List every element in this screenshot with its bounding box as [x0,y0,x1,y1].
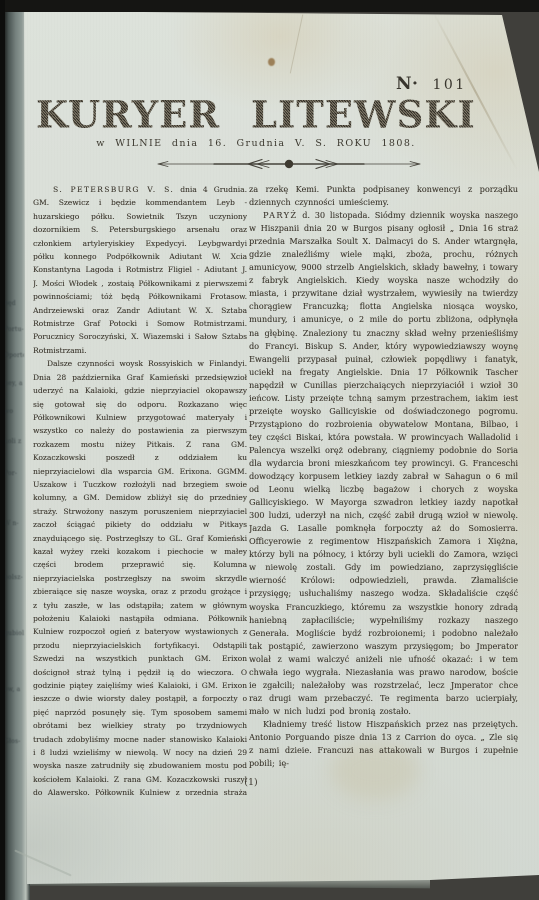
scanned-page: będ Portu- Oporto ney, a wo koli z Por- … [0,0,539,900]
paper-stain [268,58,275,66]
gutter-text-fragment: ow, a [4,686,24,693]
paragraph-text: d. 30 listopada. Siódmy dziennik woyska … [249,210,518,716]
gutter-text-fragment: polsz- [4,574,24,581]
dateline-lead: S. PETERSBURG V. S. [53,185,174,194]
newspaper-page: N· 101 KURYER LITEWSKI w WILNIE dnia 16.… [0,0,539,900]
article-paragraph: S. PETERSBURG V. S. dnia 4 Grudnia. GM. … [33,183,247,357]
issue-number-line: N· 101 [396,74,467,94]
gutter-text-fragment: W n- [4,520,24,527]
newspaper-title: KURYER LITEWSKI [36,92,496,137]
divider-ornament-icon [156,156,422,172]
gutter-text-fragment: Por- [4,470,24,477]
scan-top-border [0,0,539,12]
paragraph-text: Dalsze czynności woysk Rossyiskich w Fin… [33,359,247,795]
article-paragraph: Dalsze czynności woysk Rossyiskich w Fin… [33,357,247,795]
dateline: w WILNIE dnia 16. Grudnia V. S. ROKU 180… [96,138,416,149]
right-column: za rzekę Kemi. Punkta podpisaney konwenc… [249,183,518,791]
dateline-lead: PARYŻ [263,210,297,220]
gutter-text-fragment: ney, a [4,380,24,387]
paragraph-text: dnia 4 Grudnia. GM. Szewicz i będzie kom… [33,185,247,355]
scan-left-border [0,0,5,900]
crease-mark [290,15,303,74]
article-paragraph: PARYŻ d. 30 listopada. Siódmy dziennik w… [249,209,518,718]
article-paragraph: za rzekę Kemi. Punkta podpisaney konwenc… [249,183,518,209]
issue-number: 101 [432,77,466,93]
gutter-text-fragment: Portu- [4,326,24,333]
gutter-text-fragment: będ [4,300,24,307]
gutter-text-fragment: wo [4,408,24,415]
gutter-text-fragment: koli z [4,438,24,445]
page-number: (1) [236,777,266,788]
left-column: S. PETERSBURG V. S. dnia 4 Grudnia. GM. … [33,183,247,795]
gutter-text-fragment: Oporto [4,352,24,359]
article-paragraph: Kładniemy treść listow Hiszpańskich prze… [249,718,518,770]
gutter-text-fragment: gubioli [4,630,24,637]
gutter-text-fragment: Głos- [4,738,24,745]
issue-label: N· [396,74,418,94]
paragraph-text: Kładniemy treść listow Hiszpańskich prze… [249,719,518,768]
paragraph-text: za rzekę Kemi. Punkta podpisaney konwenc… [249,184,518,207]
